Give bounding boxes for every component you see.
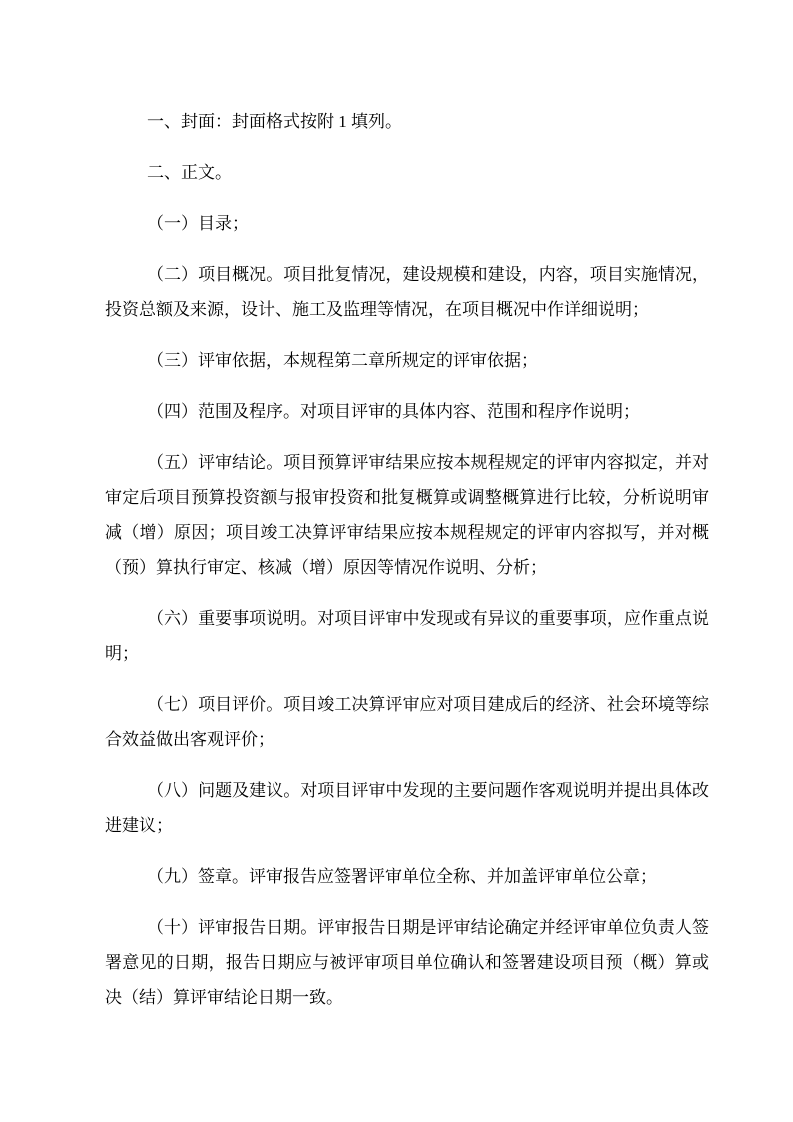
paragraph-item-3-review-basis: （三）评审依据，本规程第二章所规定的评审依据；	[105, 343, 709, 378]
paragraph-item-2-project-overview: （二）项目概况。项目批复情况，建设规模和建设，内容，项目实施情况，投资总额及来源…	[105, 257, 709, 327]
paragraph-item-9-signature-seal: （九）签章。评审报告应签署评审单位全称、并加盖评审单位公章；	[105, 859, 709, 894]
paragraph-cover: 一、封面：封面格式按附 1 填列。	[105, 104, 709, 139]
paragraph-item-7-project-evaluation: （七）项目评价。项目竣工决算评审应对项目建成后的经济、社会环境等综合效益做出客观…	[105, 687, 709, 757]
paragraph-item-1-toc: （一）目录；	[105, 206, 709, 241]
document-page: 一、封面：封面格式按附 1 填列。 二、正文。 （一）目录； （二）项目概况。项…	[0, 0, 793, 1122]
paragraph-item-8-problems-suggestions: （八）问题及建议。对项目评审中发现的主要问题作客观说明并提出具体改进建议；	[105, 773, 709, 843]
paragraph-main-text: 二、正文。	[105, 155, 709, 190]
paragraph-item-10-report-date: （十）评审报告日期。评审报告日期是评审结论确定并经评审单位负责人签署意见的日期，…	[105, 910, 709, 1015]
paragraph-item-5-review-conclusion: （五）评审结论。项目预算评审结果应按本规程规定的评审内容拟定，并对审定后项目预算…	[105, 445, 709, 585]
paragraph-item-4-scope-procedure: （四）范围及程序。对项目评审的具体内容、范围和程序作说明；	[105, 394, 709, 429]
paragraph-item-6-important-matters: （六）重要事项说明。对项目评审中发现或有异议的重要事项，应作重点说明；	[105, 601, 709, 671]
document-body: 一、封面：封面格式按附 1 填列。 二、正文。 （一）目录； （二）项目概况。项…	[105, 104, 709, 1015]
